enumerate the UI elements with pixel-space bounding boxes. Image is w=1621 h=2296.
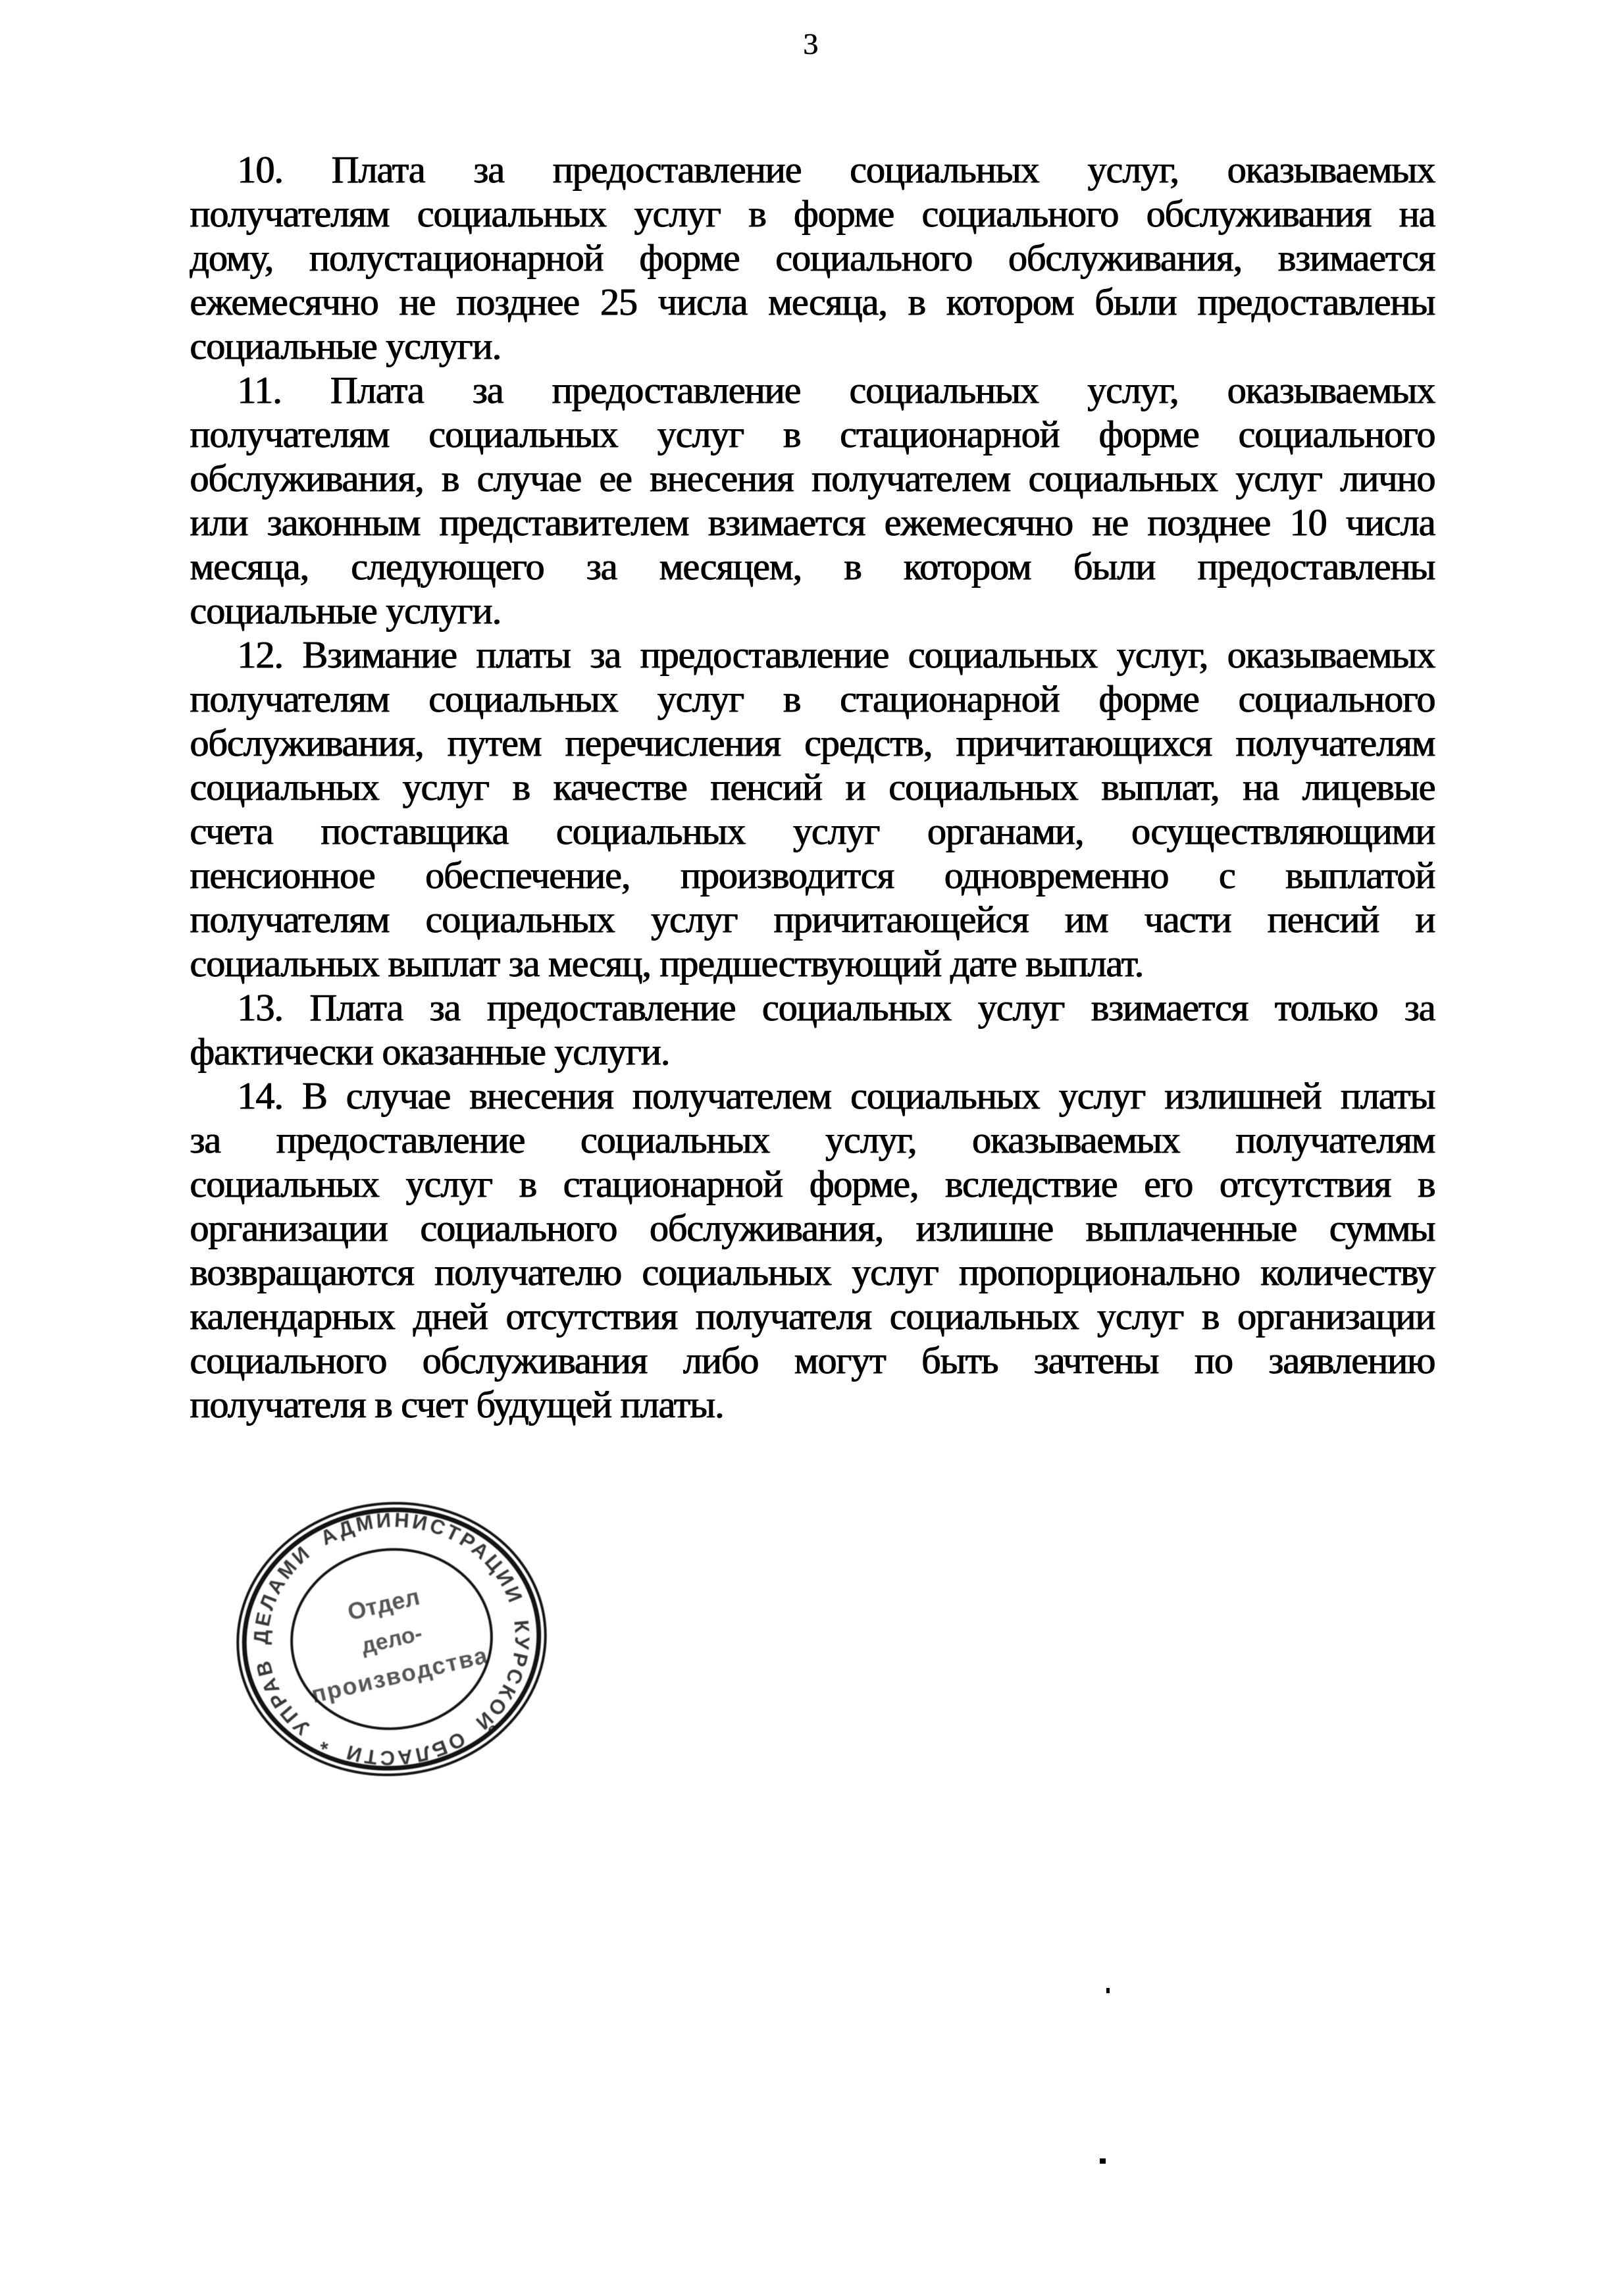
text-line: или законным представителем взимается еж… (190, 500, 1435, 544)
official-stamp: ДЕЛАМИ АДМИНИСТРАЦИИ КУРСКОЙ ОБЛАСТИ * У… (219, 1482, 565, 1796)
document-page: 3 10. Плата за предоставление социальных… (0, 0, 1621, 2296)
scan-artifact-dot (1106, 1988, 1110, 1993)
stamp-center-line: дело- (359, 1621, 425, 1659)
text-line: обслуживания, в случае ее внесения получ… (190, 456, 1435, 500)
document-body: 10. Плата за предоставление социальных у… (190, 147, 1435, 1426)
text-line: получателя в счет будущей платы. (190, 1382, 1435, 1426)
text-line: за предоставление социальных услуг, оказ… (190, 1118, 1435, 1162)
text-line: социальные услуги. (190, 588, 1435, 633)
text-line: 13. Плата за предоставление социальных у… (190, 985, 1435, 1030)
text-line: календарных дней отсутствия получателя с… (190, 1294, 1435, 1338)
text-line: 10. Плата за предоставление социальных у… (190, 147, 1435, 192)
scan-artifact-dot (1100, 2158, 1106, 2164)
text-line: фактически оказанные услуги. (190, 1030, 1435, 1074)
text-line: счета поставщика социальных услуг органа… (190, 809, 1435, 853)
text-line: пенсионное обеспечение, производится одн… (190, 853, 1435, 897)
text-line: 12. Взимание платы за предоставление соц… (190, 633, 1435, 677)
stamp-graphic: ДЕЛАМИ АДМИНИСТРАЦИИ КУРСКОЙ ОБЛАСТИ * У… (219, 1482, 565, 1796)
text-line: организации социального обслуживания, из… (190, 1206, 1435, 1250)
stamp-center-line: Отдел (345, 1582, 422, 1625)
text-line: обслуживания, путем перечисления средств… (190, 721, 1435, 765)
text-line: дому, полустационарной форме социального… (190, 236, 1435, 280)
text-line: месяца, следующего за месяцем, в котором… (190, 544, 1435, 588)
text-line: 14. В случае внесения получателем социал… (190, 1074, 1435, 1118)
text-line: социальных услуг в стационарной форме, в… (190, 1162, 1435, 1206)
text-line: ежемесячно не позднее 25 числа месяца, в… (190, 280, 1435, 324)
text-line: получателям социальных услуг причитающей… (190, 897, 1435, 941)
text-line: получателям социальных услуг в стационар… (190, 677, 1435, 721)
text-line: получателям социальных услуг в стационар… (190, 412, 1435, 456)
stamp-center-group: Отдел дело- производства (292, 1571, 491, 1708)
text-line: возвращаются получателю социальных услуг… (190, 1250, 1435, 1294)
text-line: социальных услуг в качестве пенсий и соц… (190, 765, 1435, 809)
text-line: социальные услуги. (190, 324, 1435, 368)
page-number: 3 (0, 28, 1621, 61)
text-line: 11. Плата за предоставление социальных у… (190, 368, 1435, 412)
text-line: социального обслуживания либо могут быть… (190, 1338, 1435, 1382)
text-line: социальных выплат за месяц, предшествующ… (190, 941, 1435, 985)
text-line: получателям социальных услуг в форме соц… (190, 192, 1435, 236)
